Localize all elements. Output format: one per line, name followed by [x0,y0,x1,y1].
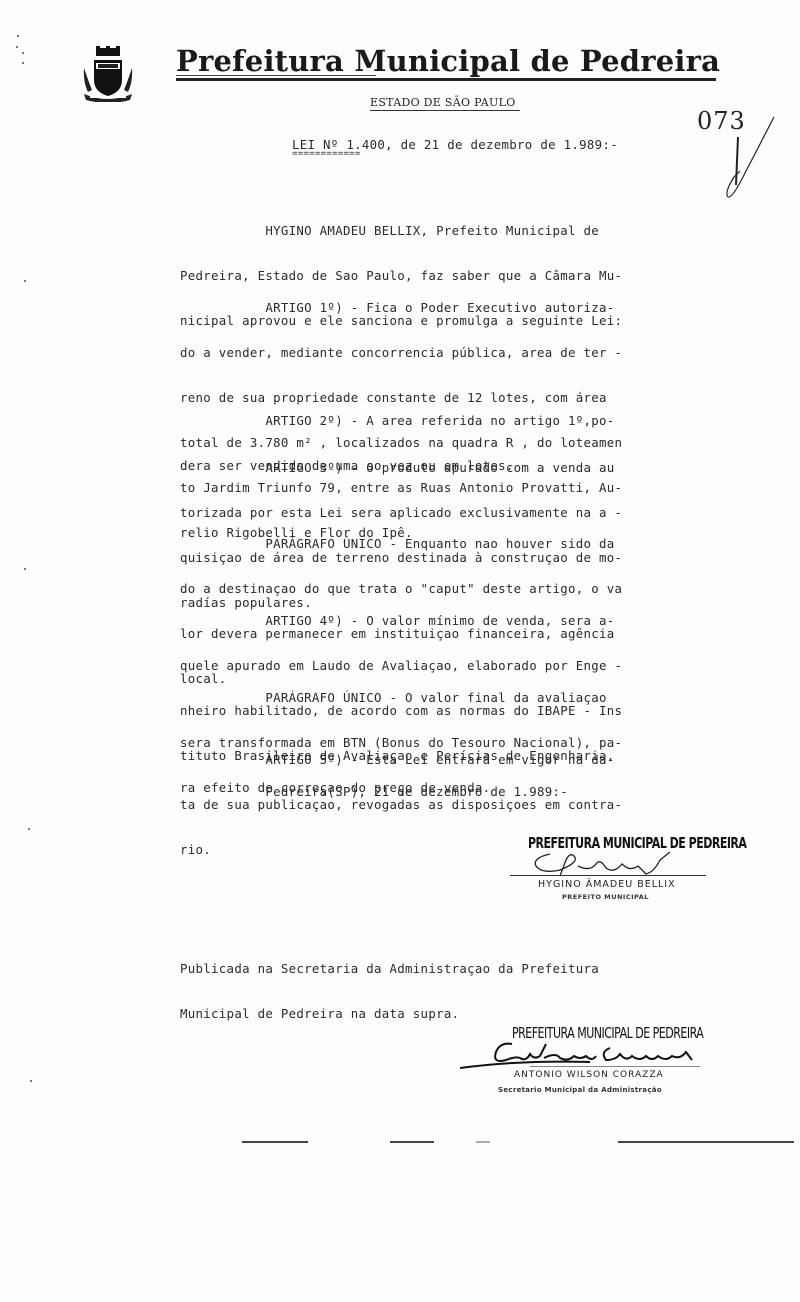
article-line: ARTIGO 3º) - O produto apurado com a ven… [180,460,622,475]
article-line: ARTIGO 1º) - Fica o Poder Executivo auto… [180,300,622,315]
scan-speck [24,280,26,282]
bottom-mark [242,1141,308,1143]
scan-speck [22,62,24,64]
state-underline [370,110,520,111]
closing-date: Pedreira(SP), 21 de dezembro de 1.989:- [180,784,568,799]
secretary-signature-line [530,1066,700,1067]
preamble-line: HYGINO AMADEU BELLIX, Prefeito Municipal… [180,223,622,238]
publication-line: Municipal de Pedreira na data supra. [180,1006,599,1021]
title-rule [176,78,716,81]
mayor-signature-line [510,875,706,876]
scan-speck [22,52,24,54]
secretary-name: ANTONIO WILSON CORAZZA [514,1070,664,1080]
publication-line: Publicada na Secretaria da Administraçao… [180,961,599,976]
bottom-mark [390,1141,434,1143]
law-title-underline: ============ [292,150,361,159]
scan-speck [24,568,26,570]
article-line: PARÁGRAFO ÚNICO - Enquanto nao houver si… [180,536,622,551]
bottom-mark [618,1141,794,1143]
mayor-role: PREFEITO MUNICIPAL [562,893,649,901]
page-title: Prefeitura Municipal de Pedreira [176,44,720,78]
state-label: ESTADO DE SÃO PAULO [370,96,516,109]
title-rule-thin [176,75,376,76]
article-line: ARTIGO 5º) - Esta Lei entrará em vigor n… [180,752,622,767]
article-line: do a vender, mediante concorrencia públi… [180,345,622,360]
bottom-mark [476,1141,490,1143]
article-line: ARTIGO 2º) - A area referida no artigo 1… [180,413,615,428]
scan-speck [17,35,19,37]
mayor-name: HYGINO ÂMADEU BELLIX [538,879,676,890]
publication-note: Publicada na Secretaria da Administraçao… [180,931,599,1036]
secretary-role: Secretario Municipal da Administração [498,1086,662,1094]
article-line: ARTIGO 4º) - O valor mínimo de venda, se… [180,613,622,628]
coat-of-arms-icon [82,46,134,102]
scan-speck [16,46,18,48]
scan-speck [30,1080,32,1082]
initials-mark-icon [718,115,778,205]
article-line: PARÁGRAFO ÚNICO - O valor final da avali… [180,690,622,705]
article-line: ta de sua publicaçao, revogadas as dispo… [180,797,622,812]
scan-speck [28,828,30,830]
